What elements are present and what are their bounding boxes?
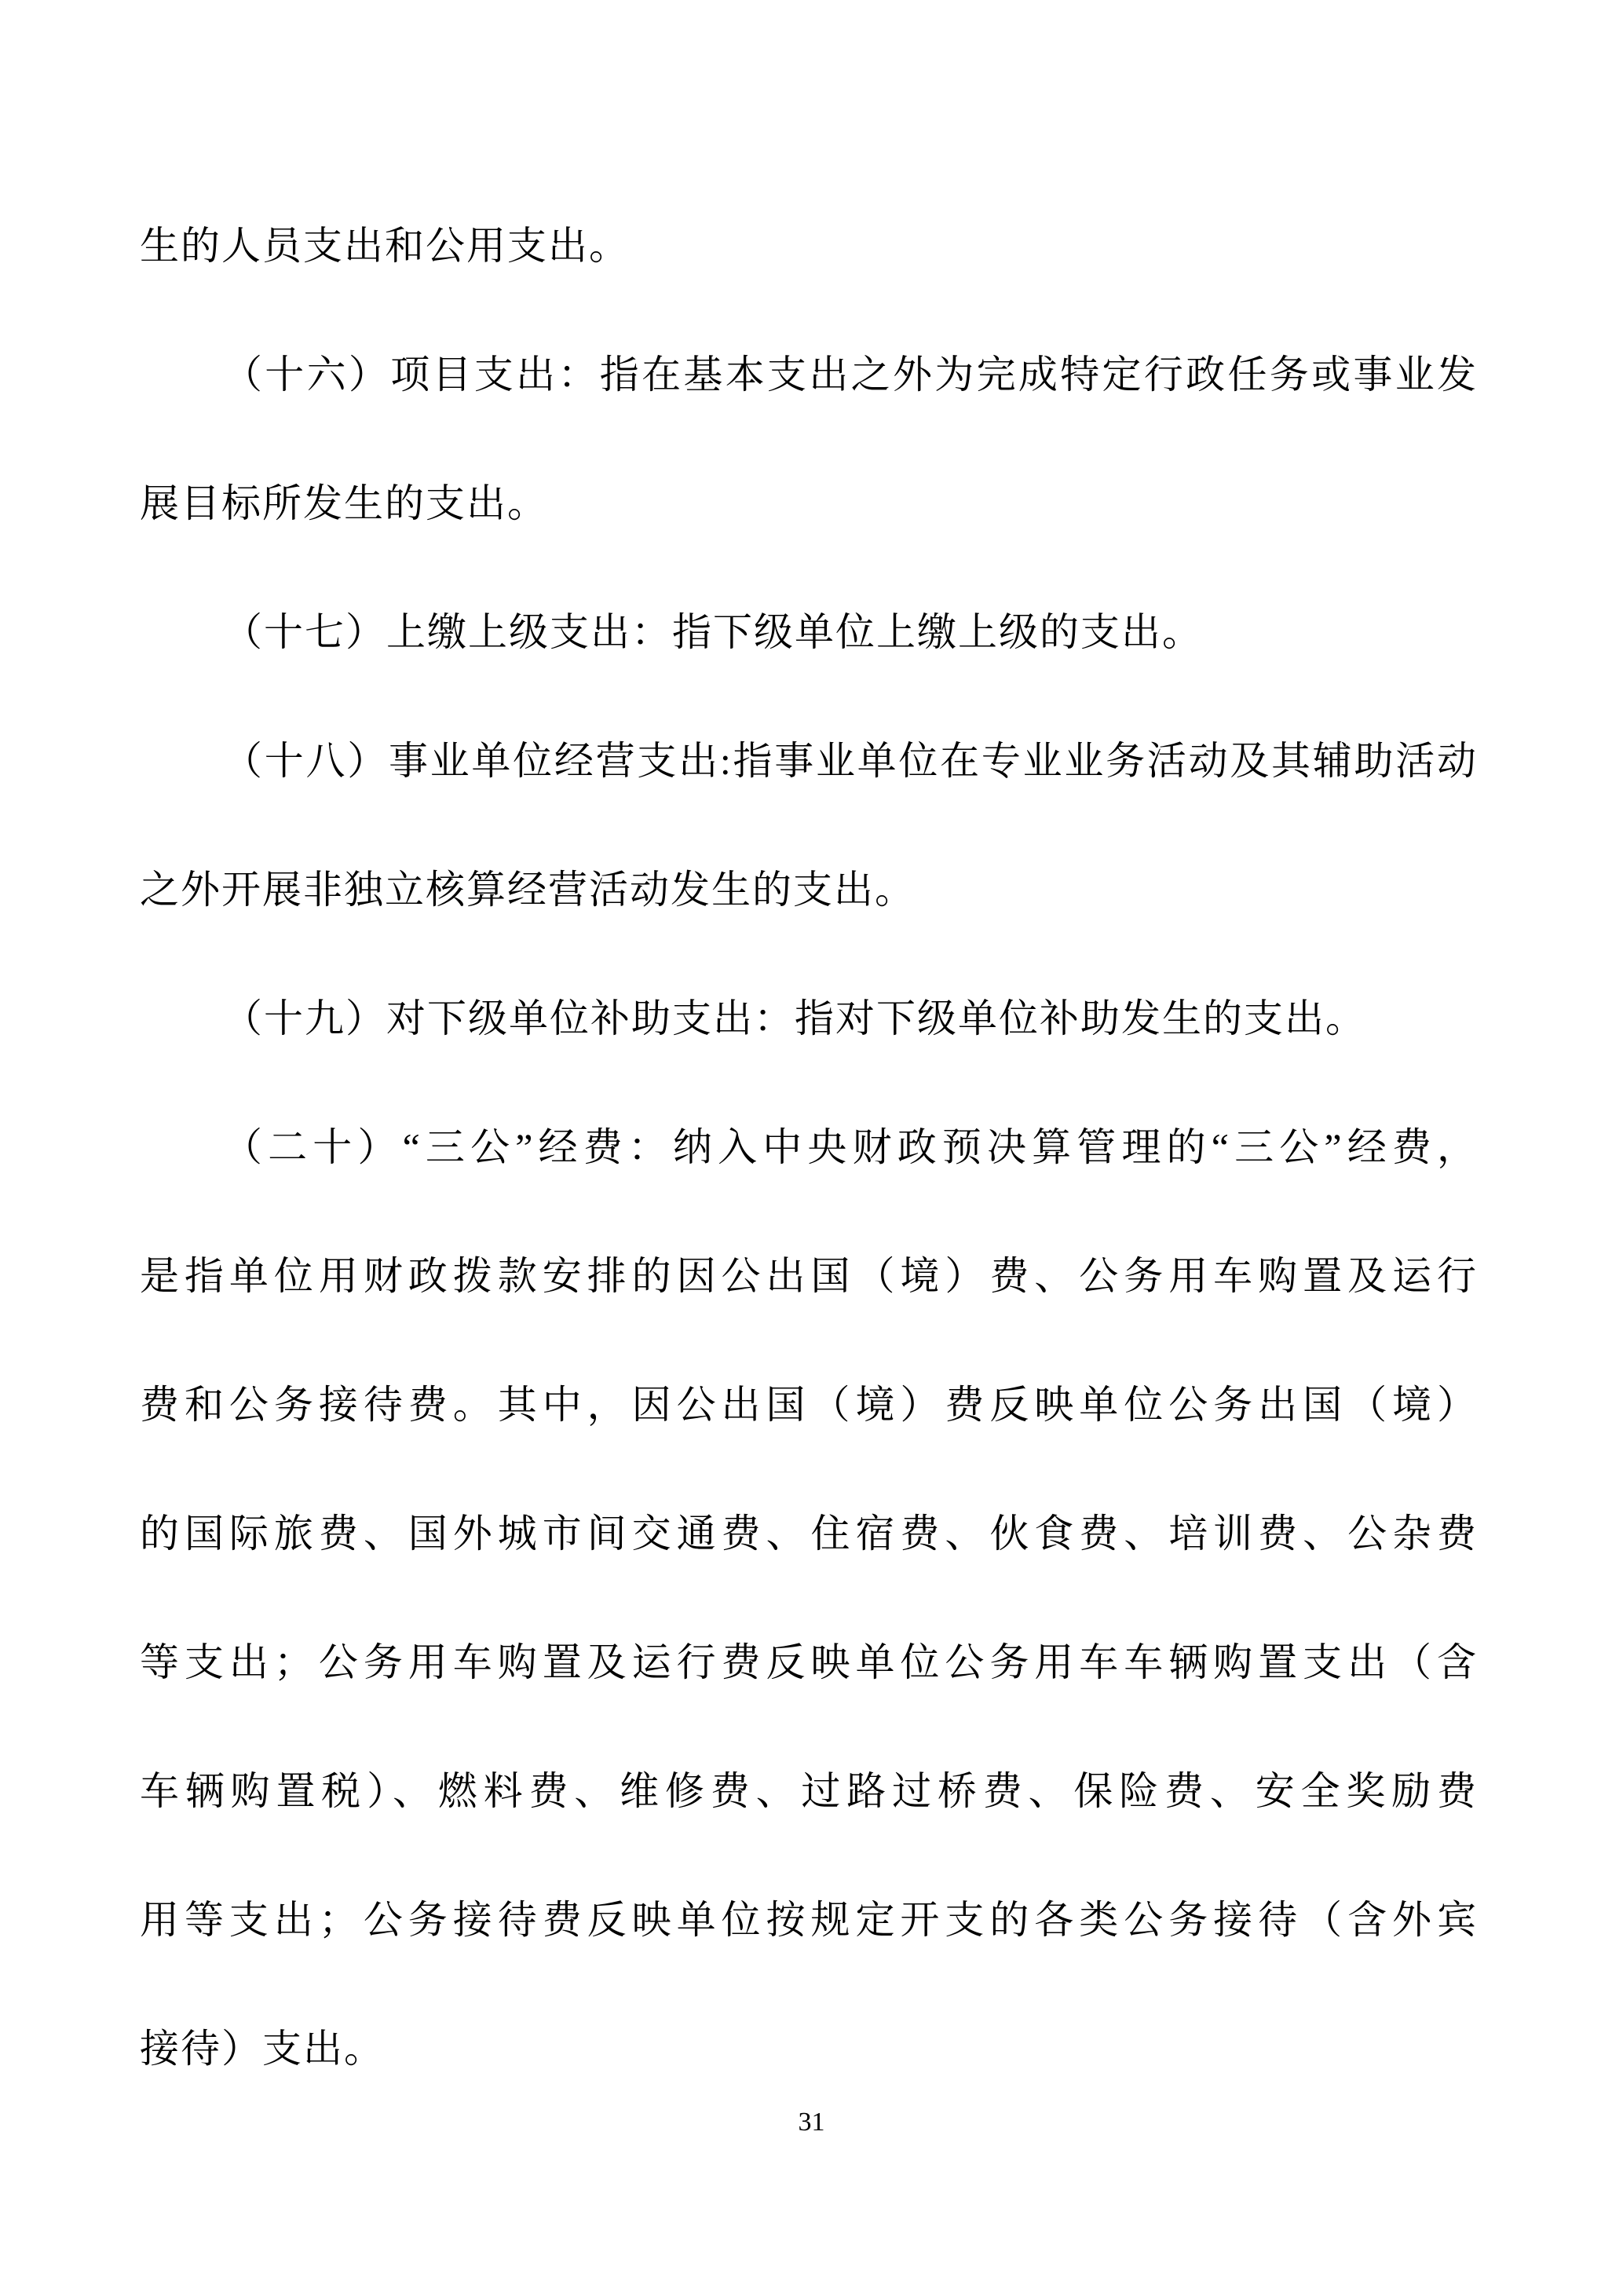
text-line: 是指单位用财政拨款安排的因公出国（境）费、公务用车购置及运行 — [140, 1212, 1478, 1340]
text-line: （二十）“三公”经费：纳入中央财政预决算管理的“三公”经费， — [140, 1083, 1478, 1212]
text-line: 车辆购置税）、燃料费、维修费、过路过桥费、保险费、安全奖励费 — [140, 1727, 1478, 1855]
text-line: 费和公务接待费。其中，因公出国（境）费反映单位公务出国（境） — [140, 1340, 1478, 1469]
text-line: 用等支出；公务接待费反映单位按规定开支的各类公务接待（含外宾 — [140, 1855, 1478, 1984]
text-line: （十七）上缴上级支出：指下级单位上缴上级的支出。 — [140, 568, 1478, 696]
text-line: （十八）事业单位经营支出:指事业单位在专业业务活动及其辅助活动 — [140, 696, 1478, 825]
text-line: 的国际旅费、国外城市间交通费、住宿费、伙食费、培训费、公杂费 — [140, 1469, 1478, 1598]
text-line: 接待）支出。 — [140, 1984, 1478, 2113]
page-number: 31 — [0, 2107, 1623, 2138]
text-line: 生的人员支出和公用支出。 — [140, 181, 1478, 310]
text-line: 等支出；公务用车购置及运行费反映单位公务用车车辆购置支出（含 — [140, 1598, 1478, 1727]
text-line: （十六）项目支出：指在基本支出之外为完成特定行政任务或事业发 — [140, 310, 1478, 439]
text-line: 之外开展非独立核算经营活动发生的支出。 — [140, 825, 1478, 954]
text-line: （十九）对下级单位补助支出：指对下级单位补助发生的支出。 — [140, 954, 1478, 1083]
document-body: 生的人员支出和公用支出。（十六）项目支出：指在基本支出之外为完成特定行政任务或事… — [140, 181, 1478, 2113]
document-page: 生的人员支出和公用支出。（十六）项目支出：指在基本支出之外为完成特定行政任务或事… — [0, 0, 1623, 2296]
text-line: 展目标所发生的支出。 — [140, 439, 1478, 568]
